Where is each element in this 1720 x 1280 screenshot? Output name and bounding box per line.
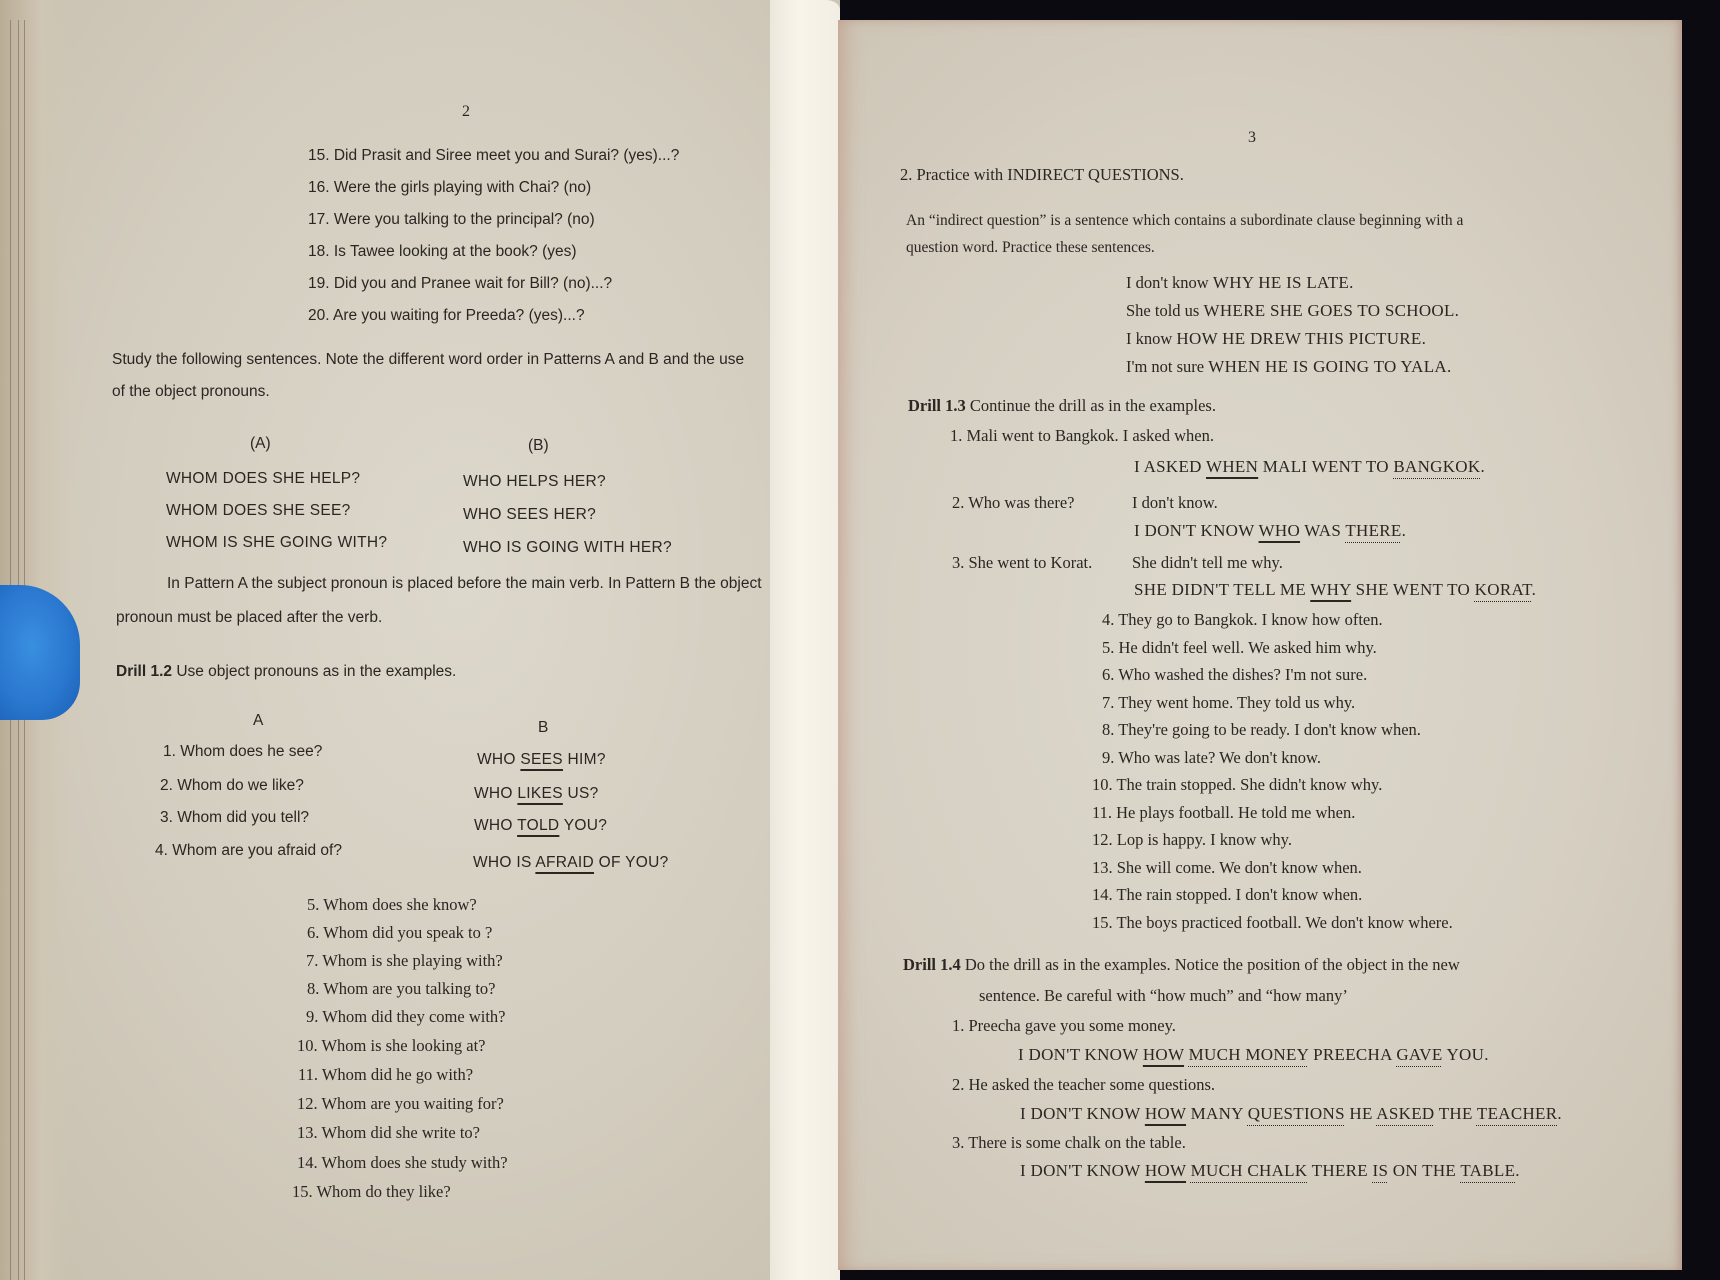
item-number: 3. bbox=[952, 553, 969, 572]
item-text: He plays football. He told me when. bbox=[1116, 803, 1355, 822]
pattern-explanation: In Pattern A the subject pronoun is plac… bbox=[167, 576, 762, 592]
item-text: Whom do they like? bbox=[316, 1182, 450, 1201]
item-text: Whom are you talking to? bbox=[323, 979, 495, 998]
question-item: 18. Is Tawee looking at the book? (yes) bbox=[308, 244, 577, 260]
drill-instruction: Use object pronouns as in the examples. bbox=[176, 663, 456, 680]
item-text: The boys practiced football. We don't kn… bbox=[1116, 913, 1452, 932]
item-number: 9. bbox=[1102, 748, 1118, 767]
answer-text: YOU? bbox=[559, 817, 607, 834]
pattern-explanation-cont: pronoun must be placed after the verb. bbox=[116, 610, 382, 626]
question-word: WHEN bbox=[1206, 457, 1258, 476]
item-number: 1. bbox=[952, 1016, 969, 1035]
item-text: Whom did he go with? bbox=[322, 1065, 473, 1084]
item-number: 15. bbox=[292, 1182, 316, 1201]
pattern-b-header: (B) bbox=[528, 438, 549, 454]
item-text: Who was late? We don't know. bbox=[1118, 748, 1321, 767]
answer-text: WHO bbox=[477, 751, 520, 768]
item-number: 14. bbox=[1092, 885, 1116, 904]
question-word: LIKES bbox=[517, 785, 562, 802]
item-number: 17. bbox=[308, 211, 334, 228]
item-text: Whom did they come with? bbox=[322, 1007, 505, 1026]
page-number: 3 bbox=[1248, 130, 1256, 146]
question-word: TOLD bbox=[517, 817, 559, 834]
question-word: HOW bbox=[1145, 1104, 1186, 1123]
answer-text: . bbox=[1480, 457, 1485, 476]
answer-text: WHO bbox=[474, 817, 517, 834]
item-number: 13. bbox=[297, 1123, 321, 1142]
item-text: Whom is she looking at? bbox=[321, 1036, 485, 1055]
drill-item: 10. The train stopped. She didn't know w… bbox=[1092, 777, 1382, 794]
marked-word: BANGKOK bbox=[1393, 457, 1480, 476]
item-text: They went home. They told us why. bbox=[1118, 693, 1355, 712]
answer-text: THERE bbox=[1307, 1161, 1372, 1180]
section-title: 2. Practice with INDIRECT QUESTIONS. bbox=[900, 167, 1184, 184]
drill-item: 15. Whom do they like? bbox=[292, 1184, 451, 1201]
pattern-a-sentence: WHOM DOES SHE SEE? bbox=[166, 503, 351, 519]
answer-text: . bbox=[1557, 1104, 1562, 1123]
drill-item: 8. Whom are you talking to? bbox=[307, 981, 496, 998]
drill-instruction: Do the drill as in the examples. Notice … bbox=[965, 955, 1460, 974]
question-word: HOW bbox=[1143, 1045, 1184, 1064]
item-number: 3. bbox=[160, 809, 177, 826]
item-number: 2. bbox=[952, 1075, 969, 1094]
item-number: 8. bbox=[307, 979, 323, 998]
drill-item: 14. The rain stopped. I don't know when. bbox=[1092, 887, 1362, 904]
item-number: 4. bbox=[1102, 610, 1118, 629]
item-text: Whom is she playing with? bbox=[322, 951, 503, 970]
item-text: Are you waiting for Preeda? (yes)...? bbox=[333, 307, 585, 324]
marked-word: QUESTIONS bbox=[1248, 1104, 1345, 1123]
drill-answer: I ASKED WHEN MALI WENT TO BANGKOK. bbox=[1134, 458, 1485, 475]
marked-word: MUCH CHALK bbox=[1191, 1161, 1308, 1180]
item-number: 2. bbox=[952, 493, 968, 512]
drill-prompt: 1. Mali went to Bangkok. I asked when. bbox=[950, 428, 1214, 445]
answer-text: HIM? bbox=[563, 751, 606, 768]
indirect-clause: WHY HE IS LATE. bbox=[1213, 273, 1354, 292]
drill-item: 13. She will come. We don't know when. bbox=[1092, 860, 1362, 877]
answer-text: I DON'T KNOW bbox=[1134, 521, 1259, 540]
item-number: 7. bbox=[1102, 693, 1118, 712]
item-text: She will come. We don't know when. bbox=[1117, 858, 1362, 877]
item-text: Did you and Pranee wait for Bill? (no)..… bbox=[334, 275, 612, 292]
answer-text: . bbox=[1515, 1161, 1520, 1180]
indirect-example: I don't know WHY HE IS LATE. bbox=[1126, 274, 1354, 292]
item-text: Who washed the dishes? I'm not sure. bbox=[1118, 665, 1367, 684]
item-text: Whom does he see? bbox=[180, 743, 322, 760]
question-item: 15. Did Prasit and Siree meet you and Su… bbox=[308, 148, 679, 164]
drill-question: 2. Whom do we like? bbox=[160, 778, 304, 794]
item-text: Whom does she study with? bbox=[321, 1153, 507, 1172]
question-word: AFRAID bbox=[535, 854, 594, 871]
item-text: She went to Korat. bbox=[969, 553, 1093, 572]
drill-answer: I DON'T KNOW HOW MUCH CHALK THERE IS ON … bbox=[1020, 1162, 1520, 1179]
item-text: Lop is happy. I know why. bbox=[1117, 830, 1292, 849]
item-text: Whom do we like? bbox=[177, 777, 304, 794]
pattern-a-header: (A) bbox=[250, 436, 271, 452]
drill-item: 5. Whom does she know? bbox=[307, 897, 477, 914]
marked-word: MUCH MONEY bbox=[1189, 1045, 1309, 1064]
answer-text: SHE DIDN'T TELL ME bbox=[1134, 580, 1310, 599]
definition-text-cont: question word. Practice these sentences. bbox=[906, 240, 1155, 256]
drill-question: 1. Whom does he see? bbox=[163, 744, 322, 760]
drill-label: Drill 1.2 bbox=[116, 663, 172, 680]
drill-answer: SHE DIDN'T TELL ME WHY SHE WENT TO KORAT… bbox=[1134, 581, 1536, 598]
drill-label: Drill 1.4 bbox=[903, 955, 961, 974]
answer-text: US? bbox=[563, 785, 599, 802]
drill-item: 8. They're going to be ready. I don't kn… bbox=[1102, 722, 1421, 739]
answer-text: SHE WENT TO bbox=[1351, 580, 1475, 599]
indirect-example: I'm not sure WHEN HE IS GOING TO YALA. bbox=[1126, 358, 1452, 376]
item-number: 3. bbox=[952, 1133, 968, 1152]
example-lead: I'm not sure bbox=[1126, 357, 1208, 376]
indirect-clause: WHERE SHE GOES TO SCHOOL. bbox=[1203, 301, 1459, 320]
answer-text: . bbox=[1402, 521, 1407, 540]
drill-prompt: 2. Who was there? bbox=[952, 495, 1075, 512]
answer-text: WHO bbox=[474, 785, 517, 802]
answer-text: I DON'T KNOW bbox=[1018, 1045, 1143, 1064]
drill-question: 3. Whom did you tell? bbox=[160, 810, 309, 826]
item-number: 15. bbox=[1092, 913, 1116, 932]
item-text: Mali went to Bangkok. I asked when. bbox=[967, 426, 1214, 445]
question-item: 19. Did you and Pranee wait for Bill? (n… bbox=[308, 276, 612, 292]
drill-item: 9. Whom did they come with? bbox=[306, 1009, 506, 1026]
indirect-example: I know HOW HE DREW THIS PICTURE. bbox=[1126, 330, 1426, 348]
item-number: 10. bbox=[1092, 775, 1116, 794]
study-intro-cont: of the object pronouns. bbox=[112, 384, 270, 400]
pattern-b-sentence: WHO SEES HER? bbox=[463, 507, 596, 523]
drill-item: 7. Whom is she playing with? bbox=[306, 953, 503, 970]
example-lead: I don't know bbox=[1126, 273, 1213, 292]
item-text: Is Tawee looking at the book? (yes) bbox=[334, 243, 577, 260]
answer-text: I DON'T KNOW bbox=[1020, 1104, 1145, 1123]
marked-word: ASKED bbox=[1376, 1104, 1434, 1123]
page-gutter-fold bbox=[770, 0, 840, 1280]
drill-instruction-cont: sentence. Be careful with “how much” and… bbox=[979, 988, 1348, 1005]
pattern-a-sentence: WHOM DOES SHE HELP? bbox=[166, 471, 360, 487]
item-number: 20. bbox=[308, 307, 333, 324]
item-text: Did Prasit and Siree meet you and Surai?… bbox=[334, 147, 679, 164]
item-text: Whom are you afraid of? bbox=[172, 842, 342, 859]
item-number: 1. bbox=[163, 743, 180, 760]
question-word: WHO bbox=[1259, 521, 1301, 540]
item-text: They're going to be ready. I don't know … bbox=[1118, 720, 1421, 739]
drill-prompt: 1. Preecha gave you some money. bbox=[952, 1018, 1176, 1035]
drill-item: 6. Who washed the dishes? I'm not sure. bbox=[1102, 667, 1367, 684]
drill-question: 4. Whom are you afraid of? bbox=[155, 843, 342, 859]
item-number: 7. bbox=[306, 951, 322, 970]
item-number: 10. bbox=[297, 1036, 321, 1055]
drill-item: 10. Whom is she looking at? bbox=[297, 1038, 486, 1055]
drill-answer: WHO LIKES US? bbox=[474, 786, 599, 802]
item-number: 16. bbox=[308, 179, 334, 196]
item-text: Whom did you speak to ? bbox=[323, 923, 492, 942]
drill-answer: WHO IS AFRAID OF YOU? bbox=[473, 855, 669, 871]
answer-text: WHO IS bbox=[473, 854, 535, 871]
item-number: 6. bbox=[1102, 665, 1118, 684]
item-number: 8. bbox=[1102, 720, 1118, 739]
drill-item: 9. Who was late? We don't know. bbox=[1102, 750, 1321, 767]
item-number: 12. bbox=[1092, 830, 1117, 849]
item-number: 15. bbox=[308, 147, 334, 164]
item-number: 11. bbox=[298, 1065, 322, 1084]
item-text: The rain stopped. I don't know when. bbox=[1116, 885, 1362, 904]
item-number: 11. bbox=[1092, 803, 1116, 822]
answer-text: YOU. bbox=[1443, 1045, 1489, 1064]
item-number: 5. bbox=[1102, 638, 1119, 657]
example-lead: I know bbox=[1126, 329, 1176, 348]
answer-text: THE bbox=[1434, 1104, 1476, 1123]
answer-text: I ASKED bbox=[1134, 457, 1206, 476]
drill-col-b-header: B bbox=[538, 720, 548, 736]
drill-item: 5. He didn't feel well. We asked him why… bbox=[1102, 640, 1377, 657]
marked-word: IS bbox=[1373, 1161, 1389, 1180]
question-word: HOW bbox=[1145, 1161, 1186, 1180]
item-number: 14. bbox=[297, 1153, 321, 1172]
answer-text: MANY bbox=[1186, 1104, 1248, 1123]
item-text: Preecha gave you some money. bbox=[969, 1016, 1176, 1035]
answer-text: ON THE bbox=[1388, 1161, 1460, 1180]
item-text: He asked the teacher some questions. bbox=[969, 1075, 1216, 1094]
question-item: 17. Were you talking to the principal? (… bbox=[308, 212, 595, 228]
drill-item: 11. Whom did he go with? bbox=[298, 1067, 473, 1084]
indirect-clause: WHEN HE IS GOING TO YALA. bbox=[1208, 357, 1451, 376]
marked-word: KORAT bbox=[1475, 580, 1532, 599]
item-text: Whom did she write to? bbox=[321, 1123, 480, 1142]
answer-text: MALI WENT TO bbox=[1258, 457, 1393, 476]
drill-item: 15. The boys practiced football. We don'… bbox=[1092, 915, 1453, 932]
drill-col-a-header: A bbox=[253, 713, 263, 729]
drill-item: 7. They went home. They told us why. bbox=[1102, 695, 1355, 712]
answer-text: OF YOU? bbox=[594, 854, 668, 871]
item-number: 4. bbox=[155, 842, 172, 859]
item-text: Whom are you waiting for? bbox=[321, 1094, 503, 1113]
item-text: Who was there? bbox=[968, 493, 1074, 512]
drill-answer: WHO SEES HIM? bbox=[477, 752, 606, 768]
definition-text: An “indirect question” is a sentence whi… bbox=[906, 213, 1463, 229]
study-intro: Study the following sentences. Note the … bbox=[112, 352, 744, 368]
drill-answer: I DON'T KNOW HOW MANY QUESTIONS HE ASKED… bbox=[1020, 1105, 1562, 1122]
drill-answer: WHO TOLD YOU? bbox=[474, 818, 607, 834]
item-text: He didn't feel well. We asked him why. bbox=[1119, 638, 1377, 657]
item-text: The train stopped. She didn't know why. bbox=[1116, 775, 1382, 794]
drill-item: 13. Whom did she write to? bbox=[297, 1125, 480, 1142]
drill-label: Drill 1.3 bbox=[908, 396, 966, 415]
drill-prompt: 2. He asked the teacher some questions. bbox=[952, 1077, 1215, 1094]
item-text: There is some chalk on the table. bbox=[968, 1133, 1186, 1152]
question-word: WHY bbox=[1310, 580, 1351, 599]
item-number: 9. bbox=[306, 1007, 322, 1026]
answer-text: HE bbox=[1345, 1104, 1376, 1123]
item-number: 18. bbox=[308, 243, 334, 260]
question-item: 16. Were the girls playing with Chai? (n… bbox=[308, 180, 591, 196]
item-number: 2. bbox=[160, 777, 177, 794]
question-word: SEES bbox=[520, 751, 563, 768]
marked-word: TABLE bbox=[1460, 1161, 1515, 1180]
item-number: 12. bbox=[297, 1094, 321, 1113]
item-text: Were the girls playing with Chai? (no) bbox=[334, 179, 591, 196]
drill-cue: She didn't tell me why. bbox=[1132, 555, 1283, 572]
drill-instruction: Continue the drill as in the examples. bbox=[970, 396, 1216, 415]
item-text: They go to Bangkok. I know how often. bbox=[1118, 610, 1382, 629]
item-number: 1. bbox=[950, 426, 967, 445]
answer-text: PREECHA bbox=[1309, 1045, 1397, 1064]
item-number: 19. bbox=[308, 275, 334, 292]
answer-text: I DON'T KNOW bbox=[1020, 1161, 1145, 1180]
item-number: 13. bbox=[1092, 858, 1117, 877]
indirect-clause: HOW HE DREW THIS PICTURE. bbox=[1176, 329, 1426, 348]
drill-prompt: 3. She went to Korat. bbox=[952, 555, 1092, 572]
question-item: 20. Are you waiting for Preeda? (yes)...… bbox=[308, 308, 585, 324]
item-number: 5. bbox=[307, 895, 323, 914]
drill-item: 14. Whom does she study with? bbox=[297, 1155, 508, 1172]
drill-item: 11. He plays football. He told me when. bbox=[1092, 805, 1355, 822]
answer-text: WAS bbox=[1300, 521, 1345, 540]
pattern-b-sentence: WHO HELPS HER? bbox=[463, 474, 606, 490]
drill-cue: I don't know. bbox=[1132, 495, 1218, 512]
indirect-example: She told us WHERE SHE GOES TO SCHOOL. bbox=[1126, 302, 1459, 320]
pattern-b-sentence: WHO IS GOING WITH HER? bbox=[463, 540, 672, 556]
item-text: Were you talking to the principal? (no) bbox=[334, 211, 595, 228]
item-text: Whom did you tell? bbox=[177, 809, 309, 826]
page-number: 2 bbox=[462, 104, 470, 120]
example-lead: She told us bbox=[1126, 301, 1203, 320]
drill-answer: I DON'T KNOW WHO WAS THERE. bbox=[1134, 522, 1406, 539]
item-text: Whom does she know? bbox=[323, 895, 477, 914]
item-number: 6. bbox=[307, 923, 323, 942]
pattern-a-sentence: WHOM IS SHE GOING WITH? bbox=[166, 535, 387, 551]
drill-item: 12. Whom are you waiting for? bbox=[297, 1096, 504, 1113]
marked-word: TEACHER bbox=[1477, 1104, 1557, 1123]
drill-answer: I DON'T KNOW HOW MUCH MONEY PREECHA GAVE… bbox=[1018, 1046, 1489, 1063]
marked-word: THERE bbox=[1345, 521, 1401, 540]
drill-item: 4. They go to Bangkok. I know how often. bbox=[1102, 612, 1383, 629]
marked-word: GAVE bbox=[1396, 1045, 1442, 1064]
drill-item: 6. Whom did you speak to ? bbox=[307, 925, 492, 942]
drill-item: 12. Lop is happy. I know why. bbox=[1092, 832, 1292, 849]
answer-text: . bbox=[1532, 580, 1537, 599]
drill-prompt: 3. There is some chalk on the table. bbox=[952, 1135, 1186, 1152]
